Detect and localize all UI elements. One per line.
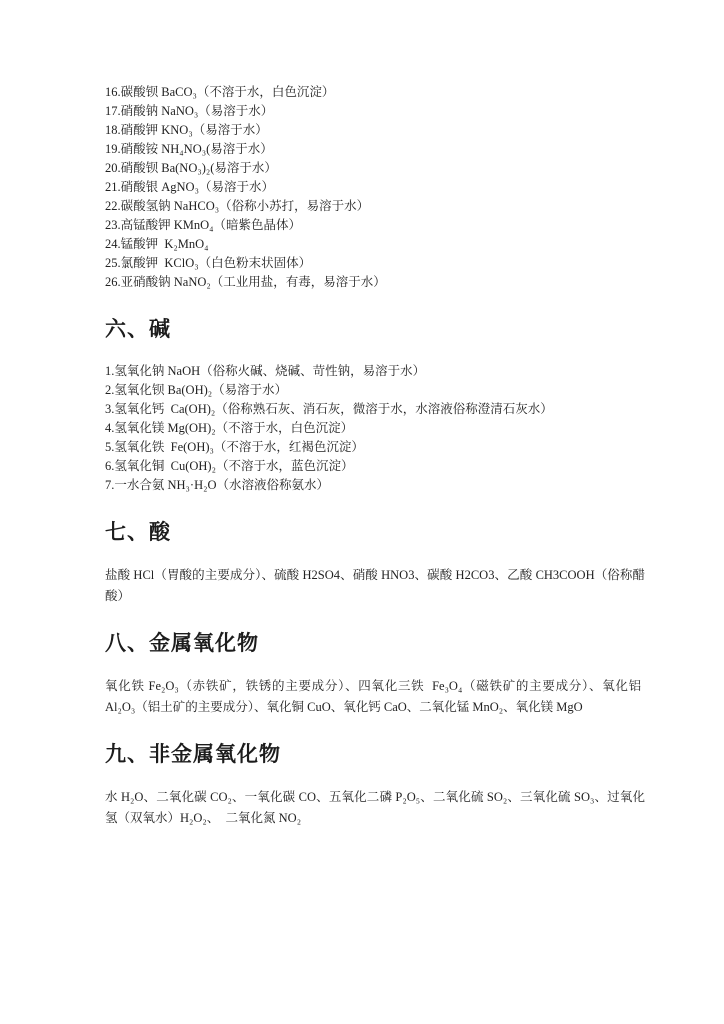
section-nonmetal-oxides: 九、非金属氧化物 水 H₂O、二氧化碳 CO₂、一氧化碳 CO、五氧化二磷 P₂… <box>105 740 645 828</box>
document-content: 16.碳酸钡 BaCO₃（不溶于水，白色沉淀） 17.硝酸钠 NaNO₃（易溶于… <box>0 0 724 828</box>
section-bases: 六、碱 1.氢氧化钠 NaOH（俗称火碱、烧碱、苛性钠，易溶于水） 2.氢氧化钡… <box>105 315 645 495</box>
base-list-item: 7.一水合氨 NH₃·H₂O（水溶液俗称氨水） <box>105 476 645 495</box>
nonmetal-oxides-paragraph: 水 H₂O、二氧化碳 CO₂、一氧化碳 CO、五氧化二磷 P₂O₅、二氧化硫 S… <box>105 787 645 828</box>
base-list-item: 3.氢氧化钙 Ca(OH)₂（俗称熟石灰、消石灰，微溶于水，水溶液俗称澄清石灰水… <box>105 400 645 419</box>
salt-list-item: 19.硝酸铵 NH₄NO₃(易溶于水） <box>105 140 645 159</box>
base-list-item: 5.氢氧化铁 Fe(OH)₃（不溶于水，红褐色沉淀） <box>105 438 645 457</box>
base-list-item: 6.氢氧化铜 Cu(OH)₂（不溶于水，蓝色沉淀） <box>105 457 645 476</box>
section-heading-nonmetal-oxides: 九、非金属氧化物 <box>105 740 645 769</box>
section-heading-metal-oxides: 八、金属氧化物 <box>105 629 645 658</box>
salt-list-item: 25.氯酸钾 KClO₃（白色粉末状固体） <box>105 254 645 273</box>
salt-list-item: 16.碳酸钡 BaCO₃（不溶于水，白色沉淀） <box>105 83 645 102</box>
base-compound-list: 1.氢氧化钠 NaOH（俗称火碱、烧碱、苛性钠，易溶于水） 2.氢氧化钡 Ba(… <box>105 362 645 495</box>
base-list-item: 2.氢氧化钡 Ba(OH)₂（易溶于水） <box>105 381 645 400</box>
salt-list-item: 26.亚硝酸钠 NaNO₂（工业用盐，有毒，易溶于水） <box>105 273 645 292</box>
salt-list-item: 22.碳酸氢钠 NaHCO₃（俗称小苏打，易溶于水） <box>105 197 645 216</box>
section-metal-oxides: 八、金属氧化物 氧化铁 Fe₂O₃（赤铁矿，铁锈的主要成分）、四氧化三铁 Fe₃… <box>105 629 645 717</box>
salt-list-item: 18.硝酸钾 KNO₃（易溶于水） <box>105 121 645 140</box>
section-heading-acids: 七、酸 <box>105 518 645 547</box>
metal-oxides-paragraph: 氧化铁 Fe₂O₃（赤铁矿，铁锈的主要成分）、四氧化三铁 Fe₃O₄（磁铁矿的主… <box>105 676 645 717</box>
acids-paragraph: 盐酸 HCl（胃酸的主要成分）、硫酸 H2SO4、硝酸 HNO3、碳酸 H2CO… <box>105 565 645 606</box>
section-acids: 七、酸 盐酸 HCl（胃酸的主要成分）、硫酸 H2SO4、硝酸 HNO3、碳酸 … <box>105 518 645 606</box>
salt-list-item: 20.硝酸钡 Ba(NO₃)₂(易溶于水） <box>105 159 645 178</box>
salt-list-item: 24.锰酸钾 K₂MnO₄ <box>105 235 645 254</box>
salt-list-item: 17.硝酸钠 NaNO₃（易溶于水） <box>105 102 645 121</box>
section-heading-bases: 六、碱 <box>105 315 645 344</box>
document-page: 16.碳酸钡 BaCO₃（不溶于水，白色沉淀） 17.硝酸钠 NaNO₃（易溶于… <box>0 0 724 1024</box>
base-list-item: 1.氢氧化钠 NaOH（俗称火碱、烧碱、苛性钠，易溶于水） <box>105 362 645 381</box>
salt-list-item: 23.高锰酸钾 KMnO₄（暗紫色晶体） <box>105 216 645 235</box>
salt-list-item: 21.硝酸银 AgNO₃（易溶于水） <box>105 178 645 197</box>
salt-compound-list: 16.碳酸钡 BaCO₃（不溶于水，白色沉淀） 17.硝酸钠 NaNO₃（易溶于… <box>105 83 645 292</box>
base-list-item: 4.氢氧化镁 Mg(OH)₂（不溶于水，白色沉淀） <box>105 419 645 438</box>
